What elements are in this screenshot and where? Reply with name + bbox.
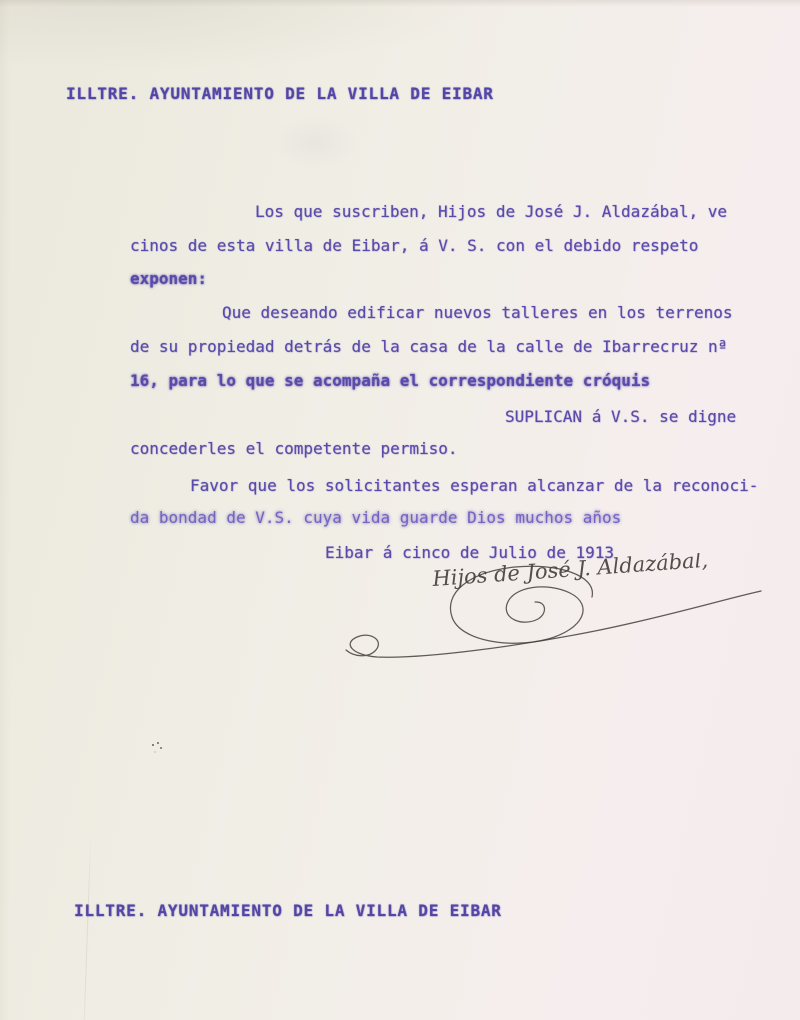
- ink-bleed-smudge: [270, 115, 360, 170]
- body-line-6: 16, para lo que se acompaña el correspon…: [130, 371, 650, 391]
- signature: Hijos de José J. Aldazábal,: [295, 553, 770, 688]
- body-line-2: cinos de esta villa de Eibar, á V. S. co…: [130, 236, 698, 256]
- document-footer: ILLTRE. AYUNTAMIENTO DE LA VILLA DE EIBA…: [74, 901, 502, 921]
- ink-specks: [152, 744, 154, 746]
- body-line-3: exponen:: [130, 269, 207, 289]
- signature-flourish: [346, 591, 761, 657]
- body-line-10: da bondad de V.S. cuya vida guarde Dios …: [130, 508, 621, 528]
- body-line-7: SUPLICAN á V.S. se digne: [505, 407, 736, 427]
- document-header: ILLTRE. AYUNTAMIENTO DE LA VILLA DE EIBA…: [66, 84, 494, 104]
- body-line-5: de su propiedad detrás de la casa de la …: [130, 337, 727, 357]
- body-line-8: concederles el competente permiso.: [130, 439, 458, 459]
- document-page: ILLTRE. AYUNTAMIENTO DE LA VILLA DE EIBA…: [0, 0, 800, 1020]
- body-line-1: Los que suscriben, Hijos de José J. Alda…: [255, 202, 727, 222]
- paper-crease: [84, 835, 91, 1020]
- body-line-9: Favor que los solicitantes esperan alcan…: [190, 476, 758, 496]
- body-line-4: Que deseando edificar nuevos talleres en…: [222, 303, 733, 323]
